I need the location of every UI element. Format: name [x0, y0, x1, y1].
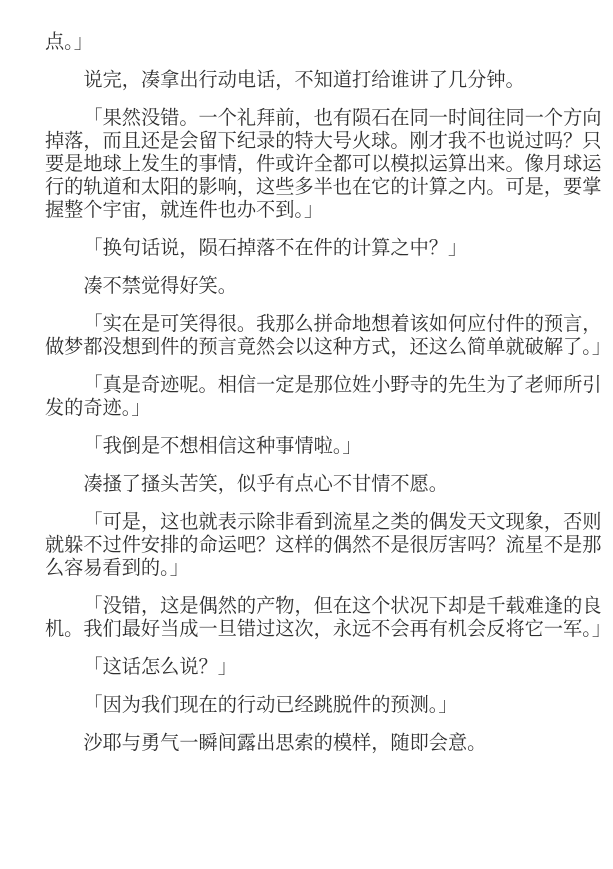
paragraph: 凑不禁觉得好笑。: [45, 274, 604, 297]
paragraph: 点。」: [45, 30, 604, 53]
paragraph: 「真是奇迹呢。相信一定是那位姓小野寺的先生为了老师所引发的奇迹。」: [45, 373, 604, 419]
book-page: 点。」 说完，凑拿出行动电话，不知道打给谁讲了几分钟。 「果然没错。一个礼拜前，…: [0, 0, 613, 869]
paragraph: 「这话怎么说？」: [45, 655, 604, 678]
paragraph: 「因为我们现在的行动已经跳脱件的预测。」: [45, 693, 604, 716]
paragraph: 「我倒是不想相信这种事情啦。」: [45, 434, 604, 457]
paragraph: 凑搔了搔头苦笑，似乎有点心不甘情不愿。: [45, 472, 604, 495]
paragraph: 「可是，这也就表示除非看到流星之类的偶发天文现象，否则就躲不过件安排的命运吧？这…: [45, 510, 604, 579]
paragraph: 「果然没错。一个礼拜前，也有陨石在同一时间往同一个方向掉落，而且还是会留下纪录的…: [45, 106, 604, 221]
paragraph: 「实在是可笑得很。我那么拼命地想着该如何应付件的预言，做梦都没想到件的预言竟然会…: [45, 312, 604, 358]
paragraph: 「换句话说，陨石掉落不在件的计算之中？」: [45, 236, 604, 259]
paragraph: 沙耶与勇气一瞬间露出思索的模样，随即会意。: [45, 731, 604, 754]
paragraph: 说完，凑拿出行动电话，不知道打给谁讲了几分钟。: [45, 68, 604, 91]
page-text-column: 点。」 说完，凑拿出行动电话，不知道打给谁讲了几分钟。 「果然没错。一个礼拜前，…: [45, 30, 604, 769]
paragraph: 「没错，这是偶然的产物，但在这个状况下却是千载难逢的良机。我们最好当成一旦错过这…: [45, 594, 604, 640]
